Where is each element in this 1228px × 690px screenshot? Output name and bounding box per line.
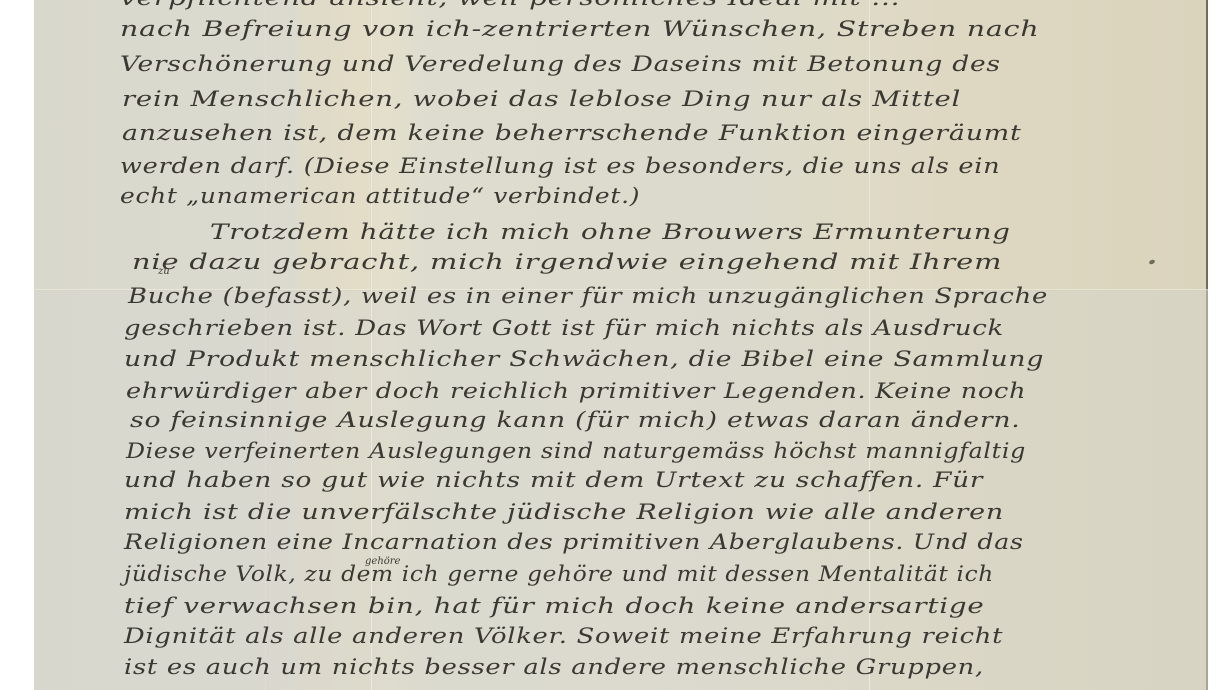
letter-line: Religionen eine Incarnation des primitiv… <box>124 530 1024 554</box>
letter-line: nach Befreiung von ich-zentrierten Wünsc… <box>120 17 1039 41</box>
letter-line: echt „unamerican attitude“ verbindet.) <box>120 184 640 208</box>
letter-line: und Produkt menschlicher Schwächen, die … <box>124 347 1044 371</box>
letter-line: tief verwachsen bin, hat für mich doch k… <box>124 594 985 618</box>
letter-line: so feinsinnige Auslegung kann (für mich)… <box>130 408 1021 432</box>
letter-line: ist es auch um nichts besser als andere … <box>124 655 984 679</box>
letter-line: werden darf. (Diese Einstellung ist es b… <box>120 154 1000 178</box>
letter-line: Dignität als alle anderen Völker. Soweit… <box>124 624 1003 648</box>
letter-line: Buche (befasst), weil es in einer für mi… <box>128 284 1048 308</box>
letter-line: mich ist die unverfälschte jüdische Reli… <box>124 500 1004 524</box>
letter-line: und haben so gut wie nichts mit dem Urte… <box>124 468 983 492</box>
letter-line: Verschönerung und Veredelung des Daseins… <box>120 52 1001 76</box>
letter-line: Trotzdem hätte ich mich ohne Brouwers Er… <box>210 220 1011 244</box>
letter-line: jüdische Volk, zu dem ich gerne gehöre u… <box>124 562 994 586</box>
letter-line: Diese verfeinerten Auslegungen sind natu… <box>126 439 1026 463</box>
letter-body: verpflichtend ansieht, weil persönliches… <box>0 0 1228 690</box>
interlinear-insert: zu <box>158 266 170 277</box>
letter-line: geschrieben ist. Das Wort Gott ist für m… <box>124 316 1004 340</box>
letter-line: ehrwürdiger aber doch reichlich primitiv… <box>126 379 1026 403</box>
letter-line: rein Menschlichen, wobei das leblose Din… <box>122 87 961 111</box>
letter-line: verpflichtend ansieht, weil persönliches… <box>120 0 900 10</box>
document-scan: verpflichtend ansieht, weil persönliches… <box>0 0 1228 690</box>
letter-line: anzusehen ist, dem keine beherrschende F… <box>122 121 1022 145</box>
letter-line: nie dazu gebracht, mich irgendwie eingeh… <box>132 250 1002 274</box>
